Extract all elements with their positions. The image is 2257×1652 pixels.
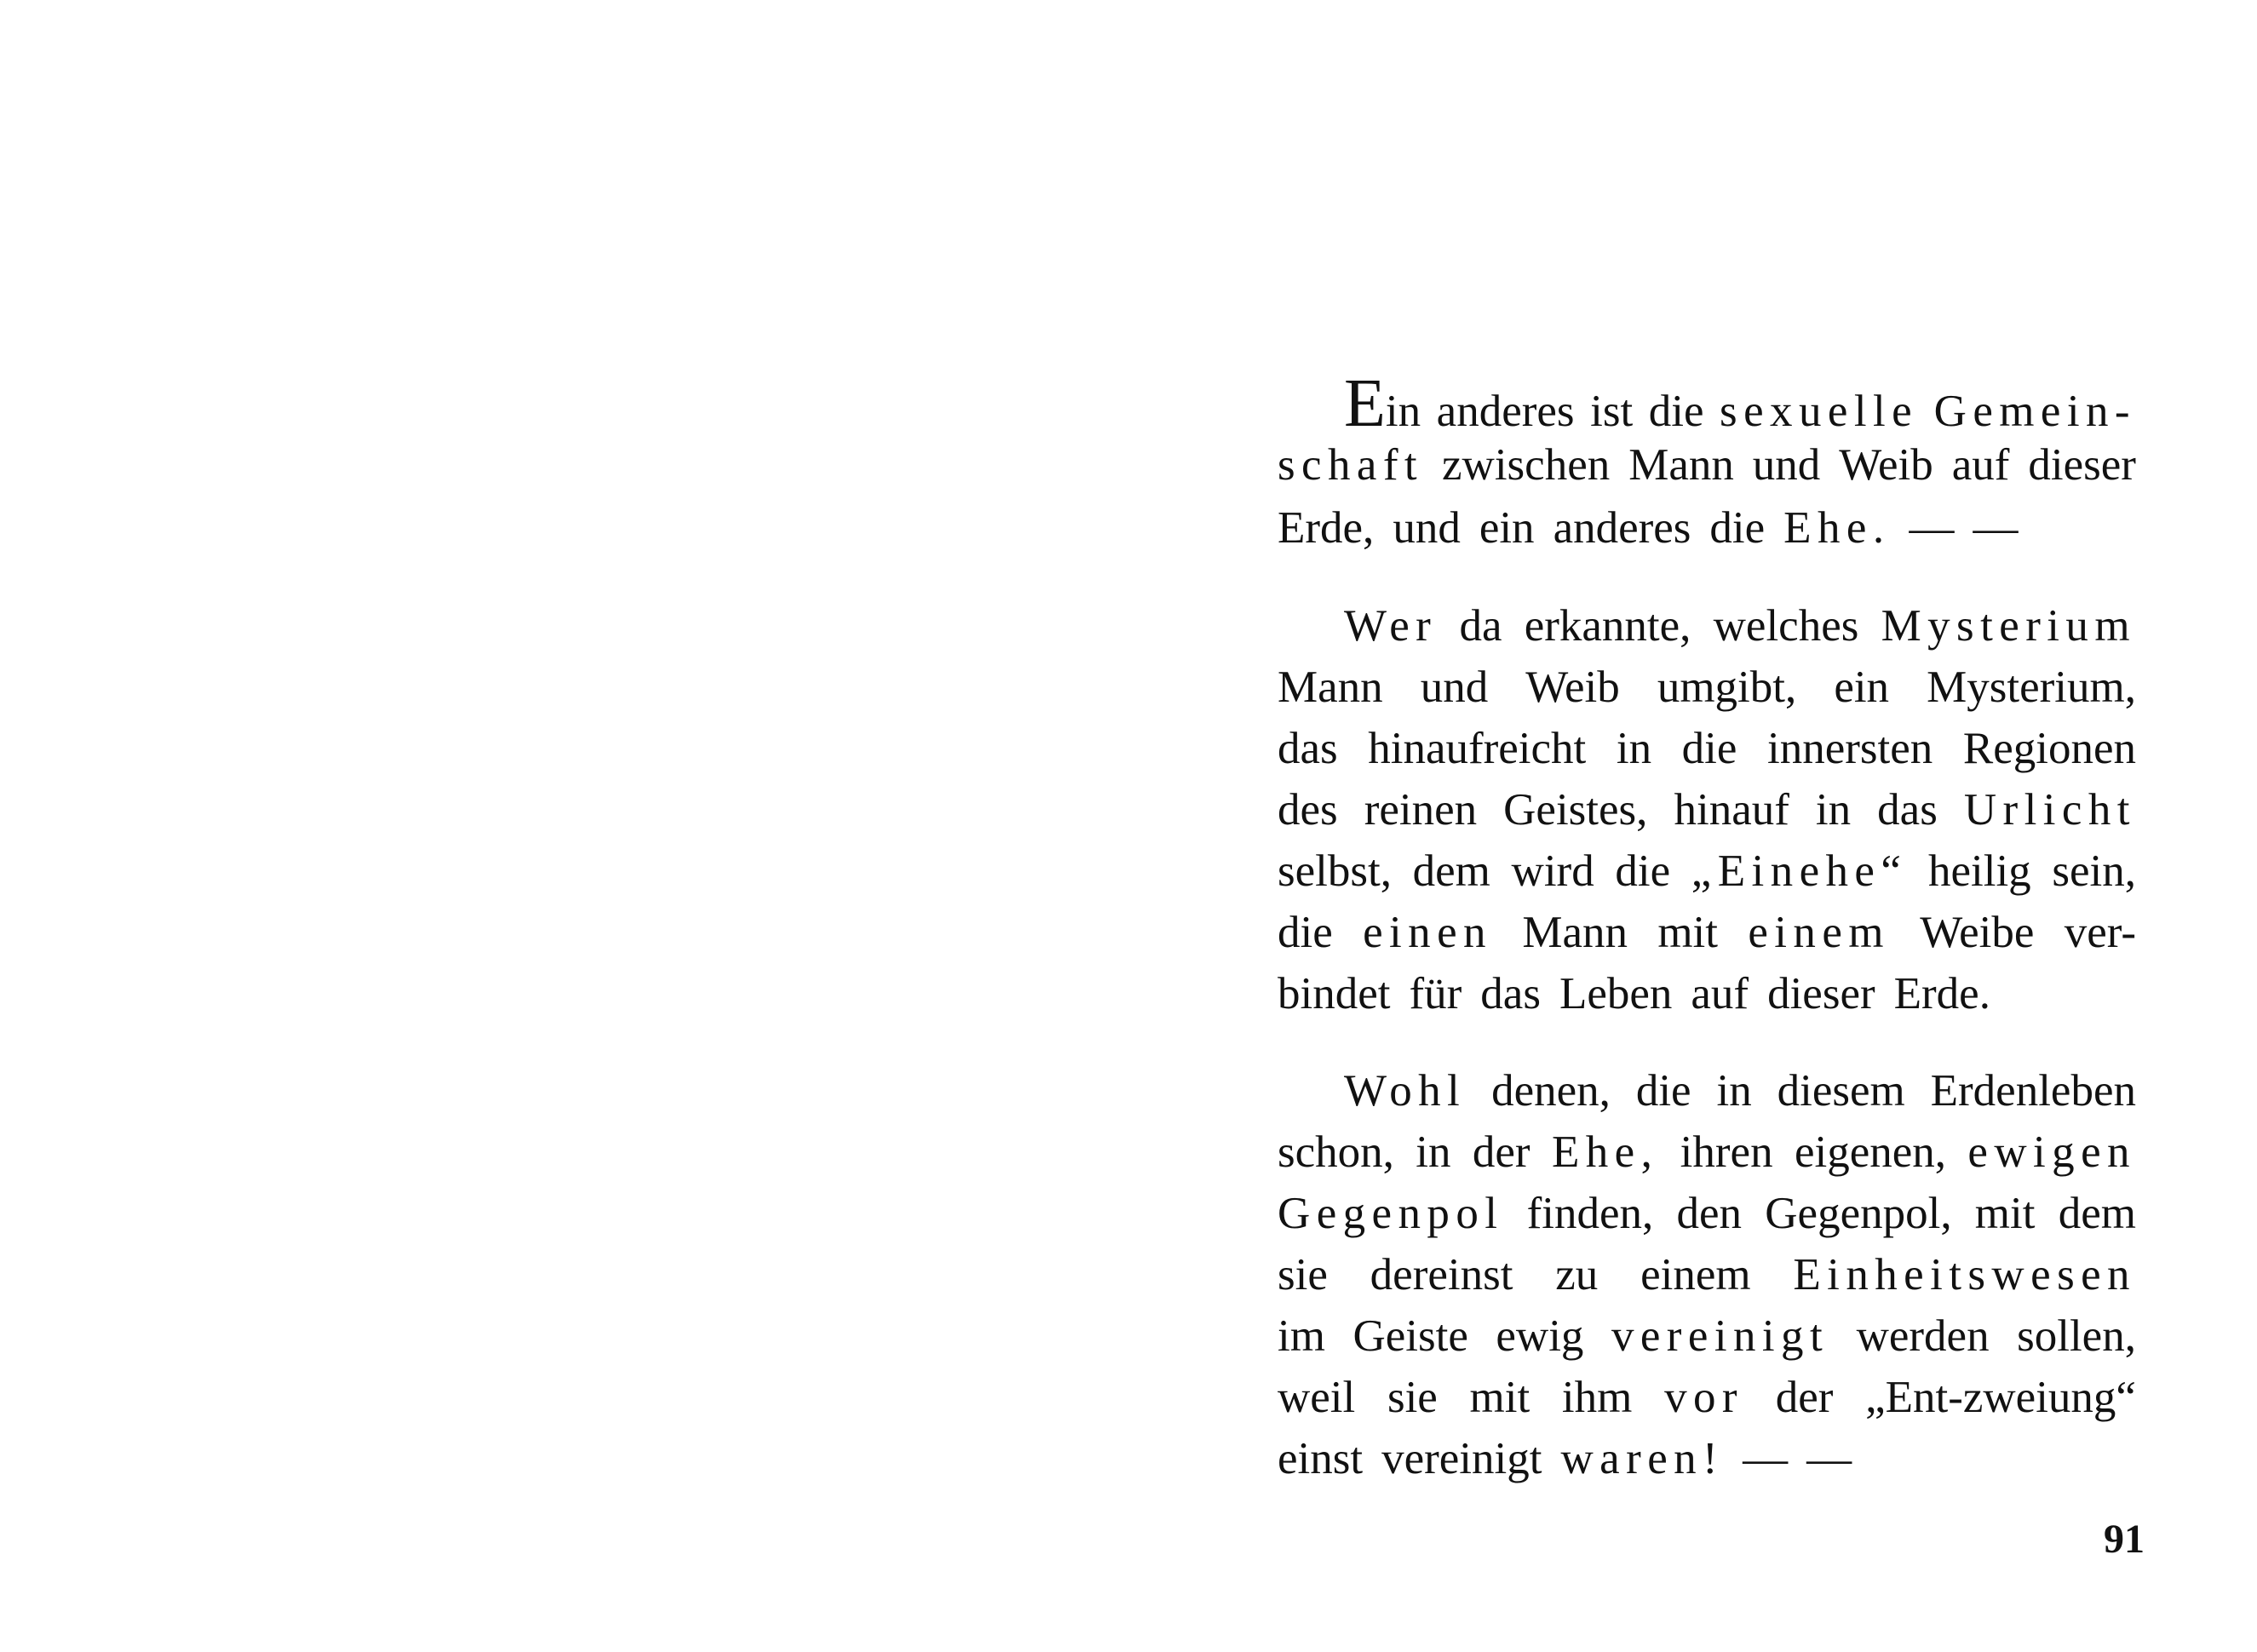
word: ein xyxy=(1479,497,1535,559)
word: Gemein- xyxy=(1934,381,2136,442)
word: die xyxy=(1709,497,1765,559)
word: und xyxy=(1753,434,1821,496)
word: zu xyxy=(1555,1244,1598,1305)
word: Leben xyxy=(1559,963,1672,1024)
word: im xyxy=(1278,1305,1325,1367)
paragraph-2-line-6: die einen Mann mit einem Weibe ver- xyxy=(1278,902,2136,963)
word: diesem xyxy=(1777,1060,1905,1121)
word: und xyxy=(1393,497,1461,559)
word: ewigen xyxy=(1967,1121,2136,1183)
book-page: Ein anderes ist die sexuelle Gemein- sch… xyxy=(0,0,2257,1652)
word: dieser xyxy=(1767,963,1875,1024)
word: ist xyxy=(1590,381,1633,442)
word: in xyxy=(1716,1060,1751,1121)
word: einst xyxy=(1278,1428,1363,1489)
word: werden xyxy=(1857,1305,1990,1367)
word: sollen, xyxy=(2017,1305,2136,1367)
word: erkannte, xyxy=(1525,595,1691,657)
word: „Ent-zweiung“ xyxy=(1865,1367,2136,1428)
word: heilig xyxy=(1928,840,2031,902)
paragraph-3-line-2: schon, in der Ehe, ihren eigenen, ewigen xyxy=(1278,1121,2136,1183)
word: denen, xyxy=(1491,1060,1611,1121)
word: Erde, xyxy=(1278,497,1374,559)
word: Weib xyxy=(1525,657,1620,718)
word: umgibt, xyxy=(1657,657,1796,718)
word: Mysterium xyxy=(1881,595,2136,657)
paragraph-2-line-3: das hinaufreicht in die innersten Region… xyxy=(1278,718,2136,779)
word: den xyxy=(1677,1183,1743,1244)
paragraph-2-line-5: selbst, dem wird die „Einehe“ heilig sei… xyxy=(1278,840,2136,902)
paragraph-3-line-7: einst vereinigt waren! — — xyxy=(1278,1428,2136,1489)
word: wird xyxy=(1512,840,1594,902)
word: hinauf xyxy=(1674,779,1789,840)
word: waren! xyxy=(1560,1428,1724,1489)
initial-letter: E xyxy=(1344,366,1386,441)
word: Gegenpol xyxy=(1278,1183,1503,1244)
word: „Einehe“ xyxy=(1691,840,1908,902)
word: Einheitswesen xyxy=(1793,1244,2136,1305)
word: selbst, xyxy=(1278,840,1392,902)
word: schaft xyxy=(1278,434,1423,496)
word: Wer xyxy=(1344,595,1437,657)
word: ewig xyxy=(1496,1305,1583,1367)
word: in xyxy=(1416,1121,1450,1183)
word: Geistes, xyxy=(1503,779,1647,840)
word: ihren xyxy=(1680,1121,1773,1183)
word: Ehe. xyxy=(1783,497,1890,559)
word: sexuelle xyxy=(1720,381,1918,442)
word: ein xyxy=(1834,657,1889,718)
word: Erde. xyxy=(1894,963,1990,1024)
paragraph-3-line-5: im Geiste ewig vereinigt werden sollen, xyxy=(1278,1305,2136,1367)
word: Erdenleben xyxy=(1931,1060,2136,1121)
word: und xyxy=(1421,657,1489,718)
word: vereinigt xyxy=(1381,1428,1542,1489)
word: der xyxy=(1473,1121,1531,1183)
word: Mann xyxy=(1522,902,1628,963)
paragraph-3-line-4: sie dereinst zu einem Einheitswesen xyxy=(1278,1244,2136,1305)
word: innersten xyxy=(1767,718,1933,779)
word: weil xyxy=(1278,1367,1355,1428)
word: die xyxy=(1615,840,1670,902)
word: auf xyxy=(1691,963,1749,1024)
dash: — xyxy=(1743,1428,1788,1489)
word: Geiste xyxy=(1352,1305,1467,1367)
word: vor xyxy=(1664,1367,1743,1428)
word: Ehe, xyxy=(1552,1121,1658,1183)
word: anderes xyxy=(1553,497,1691,559)
word: für xyxy=(1409,963,1462,1024)
paragraph-1-line-3: Erde, und ein anderes die Ehe. — — xyxy=(1278,497,2136,559)
paragraph-2-line-1: Wer da erkannte, welches Mysterium xyxy=(1344,595,2136,657)
word: auf xyxy=(1952,434,2010,496)
word: das xyxy=(1877,779,1938,840)
word: Mysterium, xyxy=(1927,657,2136,718)
paragraph-3-line-6: weil sie mit ihm vor der „Ent-zweiung“ xyxy=(1278,1367,2136,1428)
word: da xyxy=(1459,595,1502,657)
paragraph-1-line-2: schaft zwischen Mann und Weib auf dieser xyxy=(1278,434,2136,496)
word: schon, xyxy=(1278,1121,1394,1183)
word: Weibe xyxy=(1920,902,2034,963)
word: sein, xyxy=(2052,840,2136,902)
word: anderes xyxy=(1437,381,1575,442)
word: in xyxy=(1816,779,1851,840)
word: die xyxy=(1278,902,1333,963)
word: eigenen, xyxy=(1795,1121,1946,1183)
word: Wohl xyxy=(1344,1060,1466,1121)
word: in xyxy=(1617,718,1651,779)
word: sie xyxy=(1387,1367,1438,1428)
word: der xyxy=(1776,1367,1834,1428)
word: Gegenpol, xyxy=(1765,1183,1951,1244)
word: mit xyxy=(1975,1183,2036,1244)
word: Regionen xyxy=(1963,718,2136,779)
word: einem xyxy=(1640,1244,1751,1305)
word: dem xyxy=(1413,840,1490,902)
word: einen xyxy=(1363,902,1492,963)
word: Mann xyxy=(1628,434,1734,496)
word: die xyxy=(1649,381,1704,442)
word: das xyxy=(1278,718,1338,779)
word: die xyxy=(1636,1060,1691,1121)
word: das xyxy=(1480,963,1541,1024)
word: sie xyxy=(1278,1244,1328,1305)
word: welches xyxy=(1714,595,1859,657)
word: Ein xyxy=(1344,373,1421,442)
word: einem xyxy=(1748,902,1890,963)
word: zwischen xyxy=(1442,434,1610,496)
word: vereinigt xyxy=(1611,1305,1829,1367)
word: dieser xyxy=(2028,434,2136,496)
paragraph-3-line-1: Wohl denen, die in diesem Erdenleben xyxy=(1344,1060,2136,1121)
page-number: 91 xyxy=(2104,1514,2145,1565)
word: Weib xyxy=(1839,434,1933,496)
paragraph-2-line-7: bindet für das Leben auf dieser Erde. xyxy=(1278,963,2136,1024)
word: Mann xyxy=(1278,657,1383,718)
word: reinen xyxy=(1364,779,1477,840)
paragraph-2-line-4: des reinen Geistes, hinauf in das Urlich… xyxy=(1278,779,2136,840)
word-text: in xyxy=(1386,387,1421,436)
word: Urlicht xyxy=(1964,779,2136,840)
word: dem xyxy=(2059,1183,2136,1244)
paragraph-3-line-3: Gegenpol finden, den Gegenpol, mit dem xyxy=(1278,1183,2136,1244)
dash: — xyxy=(1910,497,1955,559)
word: mit xyxy=(1657,902,1718,963)
word: finden, xyxy=(1527,1183,1654,1244)
word: mit xyxy=(1470,1367,1531,1428)
word: hinaufreicht xyxy=(1368,718,1586,779)
paragraph-2-line-2: Mann und Weib umgibt, ein Mysterium, xyxy=(1278,657,2136,718)
word: ver- xyxy=(2065,902,2136,963)
word: dereinst xyxy=(1370,1244,1513,1305)
paragraph-1-line-1: Ein anderes ist die sexuelle Gemein- xyxy=(1344,373,2136,434)
word: die xyxy=(1682,718,1737,779)
word: bindet xyxy=(1278,963,1390,1024)
word: ihm xyxy=(1562,1367,1632,1428)
dash: — xyxy=(1806,1428,1852,1489)
dash: — xyxy=(1973,497,2019,559)
word: des xyxy=(1278,779,1338,840)
